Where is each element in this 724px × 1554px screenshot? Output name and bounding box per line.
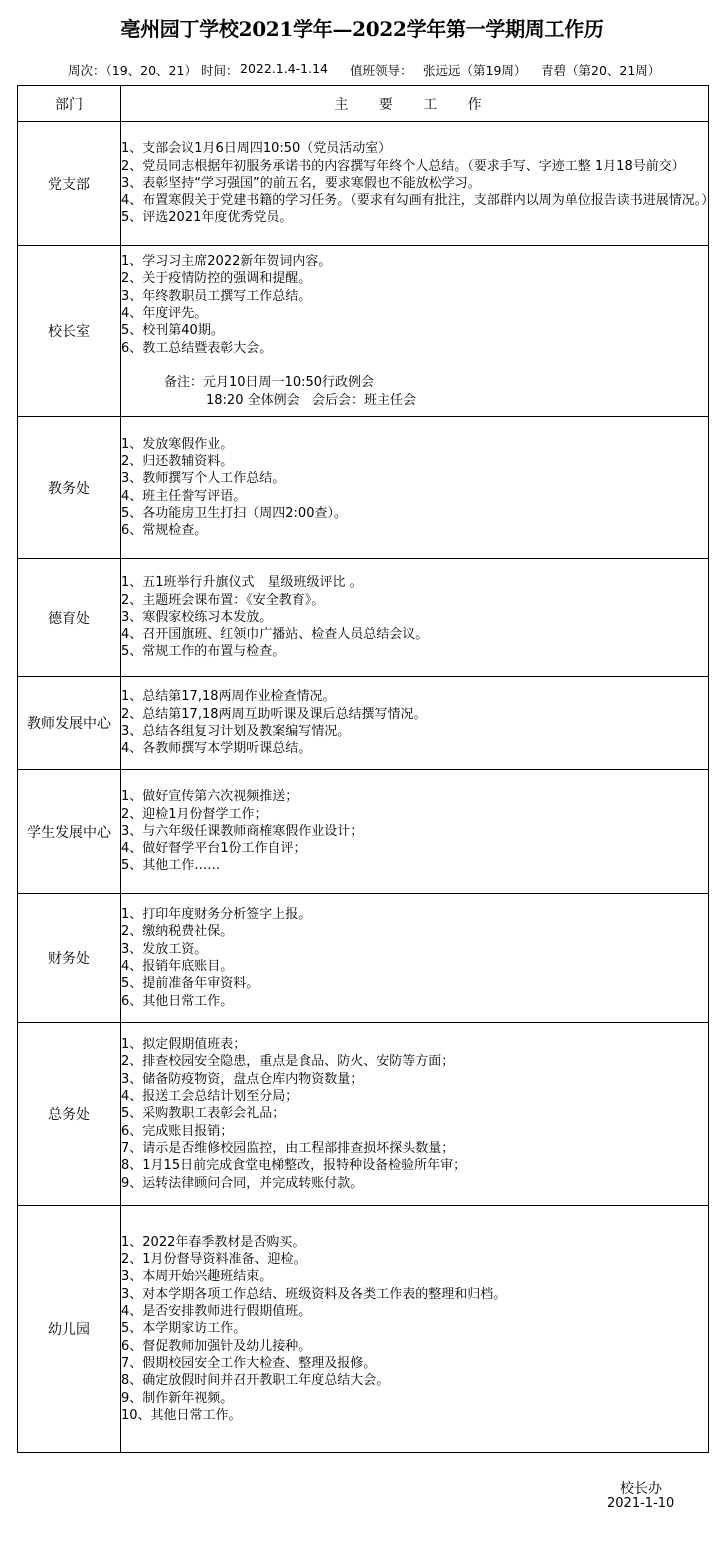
work-item: 2、党员同志根据年初服务承诺书的内容撰写年终个人总结。（要求手写、字迹工整 1月… xyxy=(121,158,708,175)
work-item: 5、采购教职工表彰会礼品； xyxy=(121,1105,708,1122)
work-item: 4、召开国旗班、红领巾广播站、检查人员总结会议。 xyxy=(121,626,708,643)
work-item: 2、缴纳税费社保。 xyxy=(121,923,708,940)
table-row: 财务处 1、打印年度财务分析签字上报。 2、缴纳税费社保。 3、发放工资。 4、… xyxy=(18,894,709,1023)
work-item: 3、教师撰写个人工作总结。 xyxy=(121,470,708,487)
work-item: 5、其他工作…… xyxy=(121,857,708,874)
dept-cell: 幼儿园 xyxy=(18,1206,121,1453)
work-items-cell: 1、学习习主席2022新年贺词内容。 2、关于疫情防控的强调和提醒。 3、年终教… xyxy=(121,246,709,417)
work-item: 3、对本学期各项工作总结、班级资料及各类工作表的整理和归档。 xyxy=(121,1286,708,1303)
work-item: 6、其他日常工作。 xyxy=(121,993,708,1010)
work-item: 5、常规工作的布置与检查。 xyxy=(121,643,708,660)
work-item: 4、布置寒假关于党建书籍的学习任务。（要求有勾画有批注，支部群内以周为单位报告读… xyxy=(121,192,708,209)
work-item: 5、评选2021年度优秀党员。 xyxy=(121,209,708,226)
dept-cell: 党支部 xyxy=(18,122,121,246)
work-item: 1、拟定假期值班表； xyxy=(121,1036,708,1053)
time-label: 时间： xyxy=(201,61,239,79)
work-item: 8、1月15日前完成食堂电梯整改，报特种设备检验所年审； xyxy=(121,1157,708,1174)
work-item: 10、其他日常工作。 xyxy=(121,1407,708,1424)
dept-cell: 总务处 xyxy=(18,1023,121,1206)
work-items-cell: 1、发放寒假作业。 2、归还教辅资料。 3、教师撰写个人工作总结。 4、班主任誊… xyxy=(121,417,709,559)
work-item: 1、2022年春季教材是否购买。 xyxy=(121,1234,708,1251)
table-row: 学生发展中心 1、做好宣传第六次视频推送； 2、迎检1月份督学工作； 3、与六年… xyxy=(18,770,709,894)
work-item: 1、支部会议1月6日周四10:50（党员活动室） xyxy=(121,140,708,157)
week-info: 周次：（19、20、21） xyxy=(68,61,197,79)
work-item: 6、教工总结暨表彰大会。 xyxy=(121,340,708,357)
work-item: 4、报送工会总结计划至分局； xyxy=(121,1088,708,1105)
work-item: 7、请示是否维修校园监控，由工程部排查损坏探头数量； xyxy=(121,1140,708,1157)
work-items-cell: 1、拟定假期值班表； 2、排查校园安全隐患，重点是食品、防火、安防等方面； 3、… xyxy=(121,1023,709,1206)
work-item: 2、1月份督导资料准备、迎检。 xyxy=(121,1251,708,1268)
work-item: 9、运转法律顾问合同，并完成转账付款。 xyxy=(121,1175,708,1192)
work-item: 1、打印年度财务分析签字上报。 xyxy=(121,906,708,923)
work-item: 4、是否安排教师进行假期值班。 xyxy=(121,1303,708,1320)
work-item: 1、学习习主席2022新年贺词内容。 xyxy=(121,253,708,270)
time-value: 2022.1.4-1.14 xyxy=(240,61,328,76)
work-item: 4、各教师撰写本学期听课总结。 xyxy=(121,740,708,757)
duty-label: 值班领导： xyxy=(350,61,413,79)
dept-cell: 教师发展中心 xyxy=(18,677,121,770)
table-row: 教师发展中心 1、总结第17,18两周作业检查情况。 2、总结第17,18两周互… xyxy=(18,677,709,770)
work-item: 3、总结各组复习计划及教案编写情况。 xyxy=(121,723,708,740)
work-item: 5、提前准备年审资料。 xyxy=(121,975,708,992)
work-item: 4、报销年底账目。 xyxy=(121,958,708,975)
work-item: 5、校刊第40期。 xyxy=(121,322,708,339)
work-item: 2、总结第17,18两周互助听课及课后总结撰写情况。 xyxy=(121,706,708,723)
work-item: 4、班主任誊写评语。 xyxy=(121,488,708,505)
dept-cell: 校长室 xyxy=(18,246,121,417)
work-calendar-table: 部门 主 要 工 作 党支部 1、支部会议1月6日周四10:50（党员活动室） … xyxy=(17,85,709,1453)
work-item: 2、主题班会课布置：《安全教育》。 xyxy=(121,592,708,609)
remark-line: 备注：元月10日周一10:50行政例会 xyxy=(121,374,708,391)
work-item: 1、总结第17,18两周作业检查情况。 xyxy=(121,688,708,705)
work-item: 2、关于疫情防控的强调和提醒。 xyxy=(121,270,708,287)
table-row: 教务处 1、发放寒假作业。 2、归还教辅资料。 3、教师撰写个人工作总结。 4、… xyxy=(18,417,709,559)
work-item: 2、迎检1月份督学工作； xyxy=(121,806,708,823)
spacer xyxy=(121,357,708,374)
work-item: 5、本学期家访工作。 xyxy=(121,1320,708,1337)
work-items-cell: 1、打印年度财务分析签字上报。 2、缴纳税费社保。 3、发放工资。 4、报销年底… xyxy=(121,894,709,1023)
work-items-cell: 1、支部会议1月6日周四10:50（党员活动室） 2、党员同志根据年初服务承诺书… xyxy=(121,122,709,246)
work-item: 4、做好督学平台1份工作自评； xyxy=(121,840,708,857)
remark-line: 18:20 全体例会 会后会：班主任会 xyxy=(121,392,708,409)
work-item: 6、常规检查。 xyxy=(121,522,708,539)
footer-date: 2021-1-10 xyxy=(607,1496,674,1511)
work-item: 1、五1班举行升旗仪式 星级班级评比 。 xyxy=(121,574,708,591)
header-department: 部门 xyxy=(18,86,121,122)
table-row: 总务处 1、拟定假期值班表； 2、排查校园安全隐患，重点是食品、防火、安防等方面… xyxy=(18,1023,709,1206)
dept-cell: 财务处 xyxy=(18,894,121,1023)
duty-leader-week19: 张远远（第19周） xyxy=(423,61,526,79)
work-items-cell: 1、五1班举行升旗仪式 星级班级评比 。 2、主题班会课布置：《安全教育》。 3… xyxy=(121,559,709,677)
work-item: 3、储备防疫物资，盘点仓库内物资数量； xyxy=(121,1071,708,1088)
work-item: 3、发放工资。 xyxy=(121,941,708,958)
dept-cell: 学生发展中心 xyxy=(18,770,121,894)
work-item: 8、确定放假时间并召开教职工年度总结大会。 xyxy=(121,1372,708,1389)
dept-cell: 教务处 xyxy=(18,417,121,559)
work-item: 5、各功能房卫生打扫（周四2:00查）。 xyxy=(121,505,708,522)
work-item: 4、年度评先。 xyxy=(121,305,708,322)
work-item: 7、假期校园安全工作大检查、整理及报修。 xyxy=(121,1355,708,1372)
table-header-row: 部门 主 要 工 作 xyxy=(18,86,709,122)
work-item: 6、完成账目报销； xyxy=(121,1123,708,1140)
dept-cell: 德育处 xyxy=(18,559,121,677)
work-item: 3、本周开始兴趣班结束。 xyxy=(121,1268,708,1285)
document-title: 亳州园丁学校2021学年—2022学年第一学期周工作历 xyxy=(0,13,724,42)
work-item: 6、督促教师加强针及幼儿接种。 xyxy=(121,1338,708,1355)
header-main-work: 主 要 工 作 xyxy=(121,86,709,122)
table-row: 校长室 1、学习习主席2022新年贺词内容。 2、关于疫情防控的强调和提醒。 3… xyxy=(18,246,709,417)
work-item: 2、排查校园安全隐患，重点是食品、防火、安防等方面； xyxy=(121,1053,708,1070)
table-row: 幼儿园 1、2022年春季教材是否购买。 2、1月份督导资料准备、迎检。 3、本… xyxy=(18,1206,709,1453)
footer-office: 校长办 xyxy=(620,1478,662,1498)
work-item: 1、发放寒假作业。 xyxy=(121,436,708,453)
duty-leader-week20-21: 青碧（第20、21周） xyxy=(541,61,660,79)
work-items-cell: 1、2022年春季教材是否购买。 2、1月份督导资料准备、迎检。 3、本周开始兴… xyxy=(121,1206,709,1453)
work-items-cell: 1、做好宣传第六次视频推送； 2、迎检1月份督学工作； 3、与六年级任课教师商榷… xyxy=(121,770,709,894)
work-item: 3、表彰坚持“学习强国”的前五名，要求寒假也不能放松学习。 xyxy=(121,175,708,192)
table-row: 党支部 1、支部会议1月6日周四10:50（党员活动室） 2、党员同志根据年初服… xyxy=(18,122,709,246)
table-row: 德育处 1、五1班举行升旗仪式 星级班级评比 。 2、主题班会课布置：《安全教育… xyxy=(18,559,709,677)
work-item: 3、寒假家校练习本发放。 xyxy=(121,609,708,626)
work-item: 9、制作新年视频。 xyxy=(121,1390,708,1407)
work-items-cell: 1、总结第17,18两周作业检查情况。 2、总结第17,18两周互助听课及课后总… xyxy=(121,677,709,770)
work-item: 3、与六年级任课教师商榷寒假作业设计； xyxy=(121,823,708,840)
work-item: 1、做好宣传第六次视频推送； xyxy=(121,788,708,805)
work-item: 3、年终教职员工撰写工作总结。 xyxy=(121,288,708,305)
work-item: 2、归还教辅资料。 xyxy=(121,453,708,470)
